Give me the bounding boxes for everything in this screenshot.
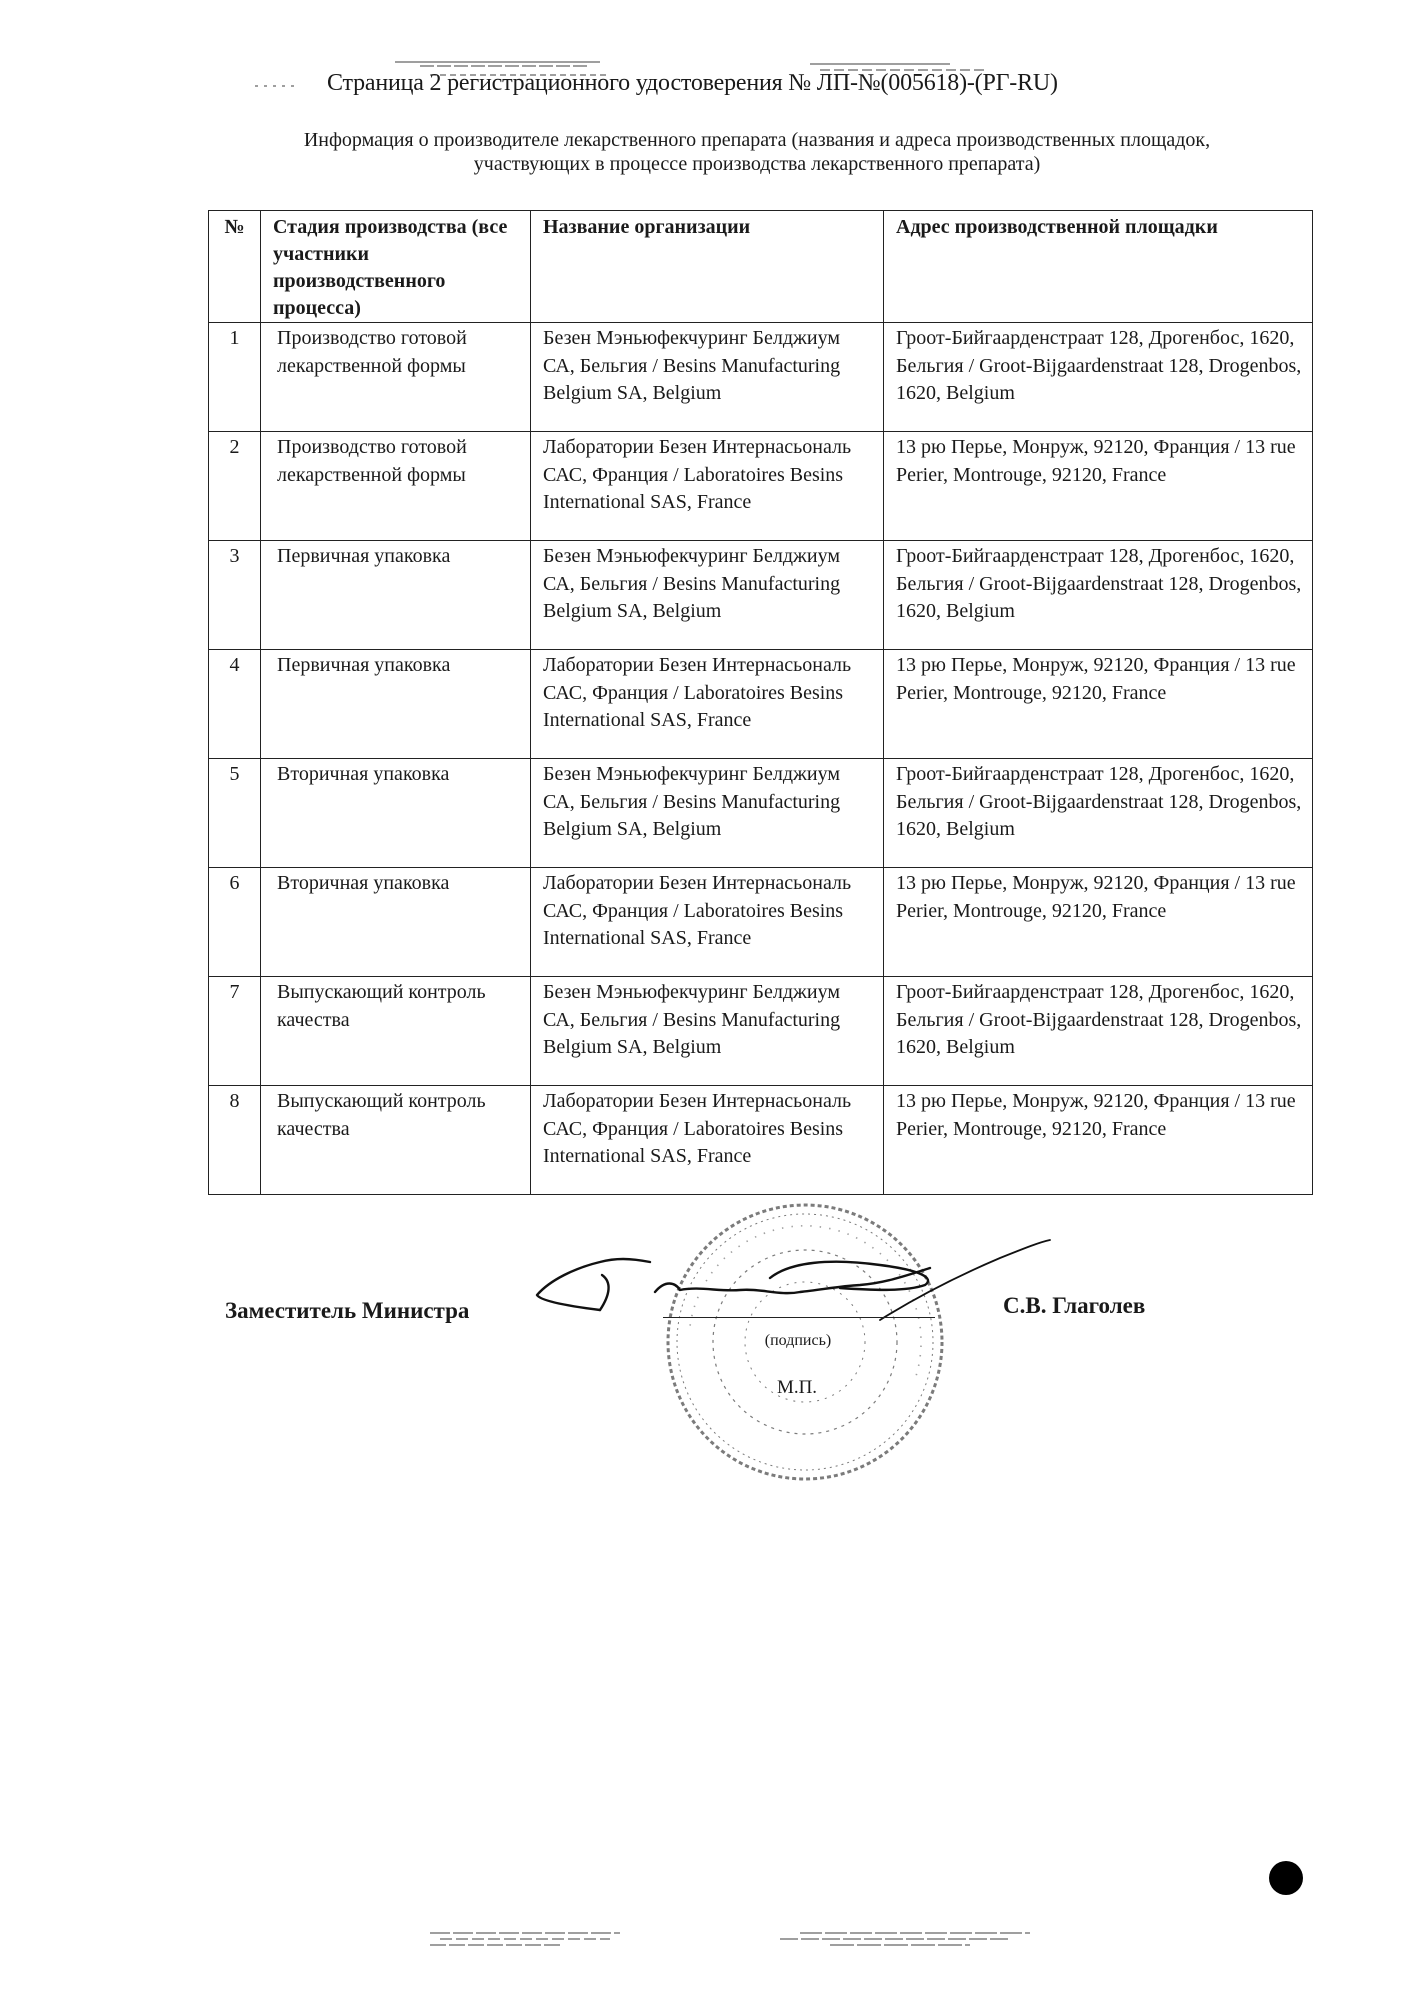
signature-line [663, 1317, 935, 1318]
scan-dot-mark [1269, 1861, 1303, 1895]
seal-caption: М.П. [757, 1377, 837, 1399]
signature-caption: (подпись) [748, 1332, 848, 1350]
signer-name: С.В. Глаголев [1003, 1293, 1145, 1319]
signer-title: Заместитель Министра [225, 1298, 469, 1324]
